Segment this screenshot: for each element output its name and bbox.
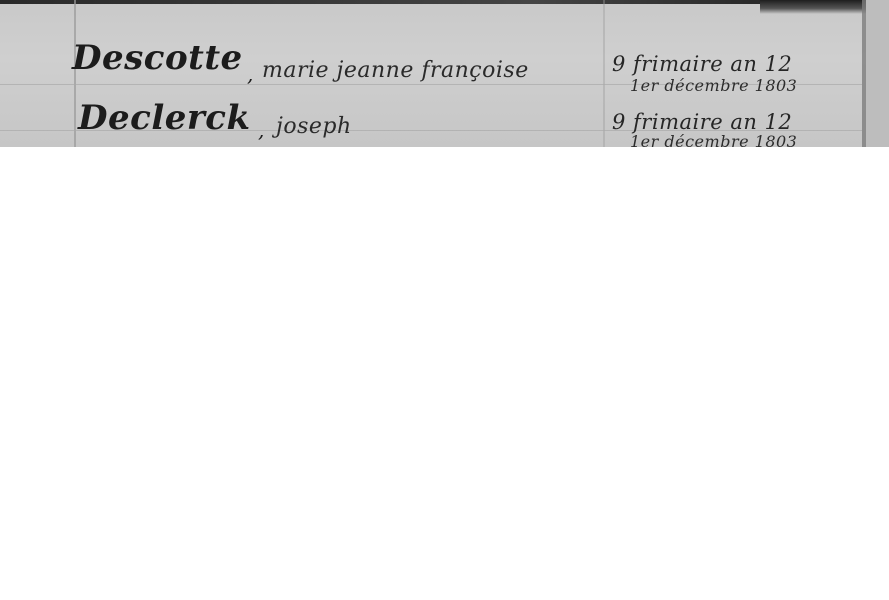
entry-2-date-republican: 9 frimaire an 12: [612, 110, 792, 134]
page-top-shadow: [0, 0, 889, 4]
entry-1-separator: ,: [247, 62, 254, 86]
blank-area: [0, 147, 889, 600]
scanned-register-page: Descotte , marie jeanne françoise 9 frim…: [0, 0, 889, 147]
entry-2-surname: Declerck: [78, 98, 251, 138]
entry-1-date-gregorian: 1er décembre 1803: [630, 76, 797, 95]
entry-2-given-names: joseph: [276, 114, 352, 139]
entry-2-separator: ,: [258, 118, 265, 142]
entry-2-date-gregorian: 1er décembre 1803: [630, 132, 797, 147]
entry-1-date-republican: 9 frimaire an 12: [612, 52, 792, 76]
date-column-rule: [603, 0, 605, 147]
next-page-edge: [866, 0, 889, 147]
entry-1-given-names: marie jeanne françoise: [262, 58, 529, 83]
entry-1-surname: Descotte: [72, 38, 243, 78]
